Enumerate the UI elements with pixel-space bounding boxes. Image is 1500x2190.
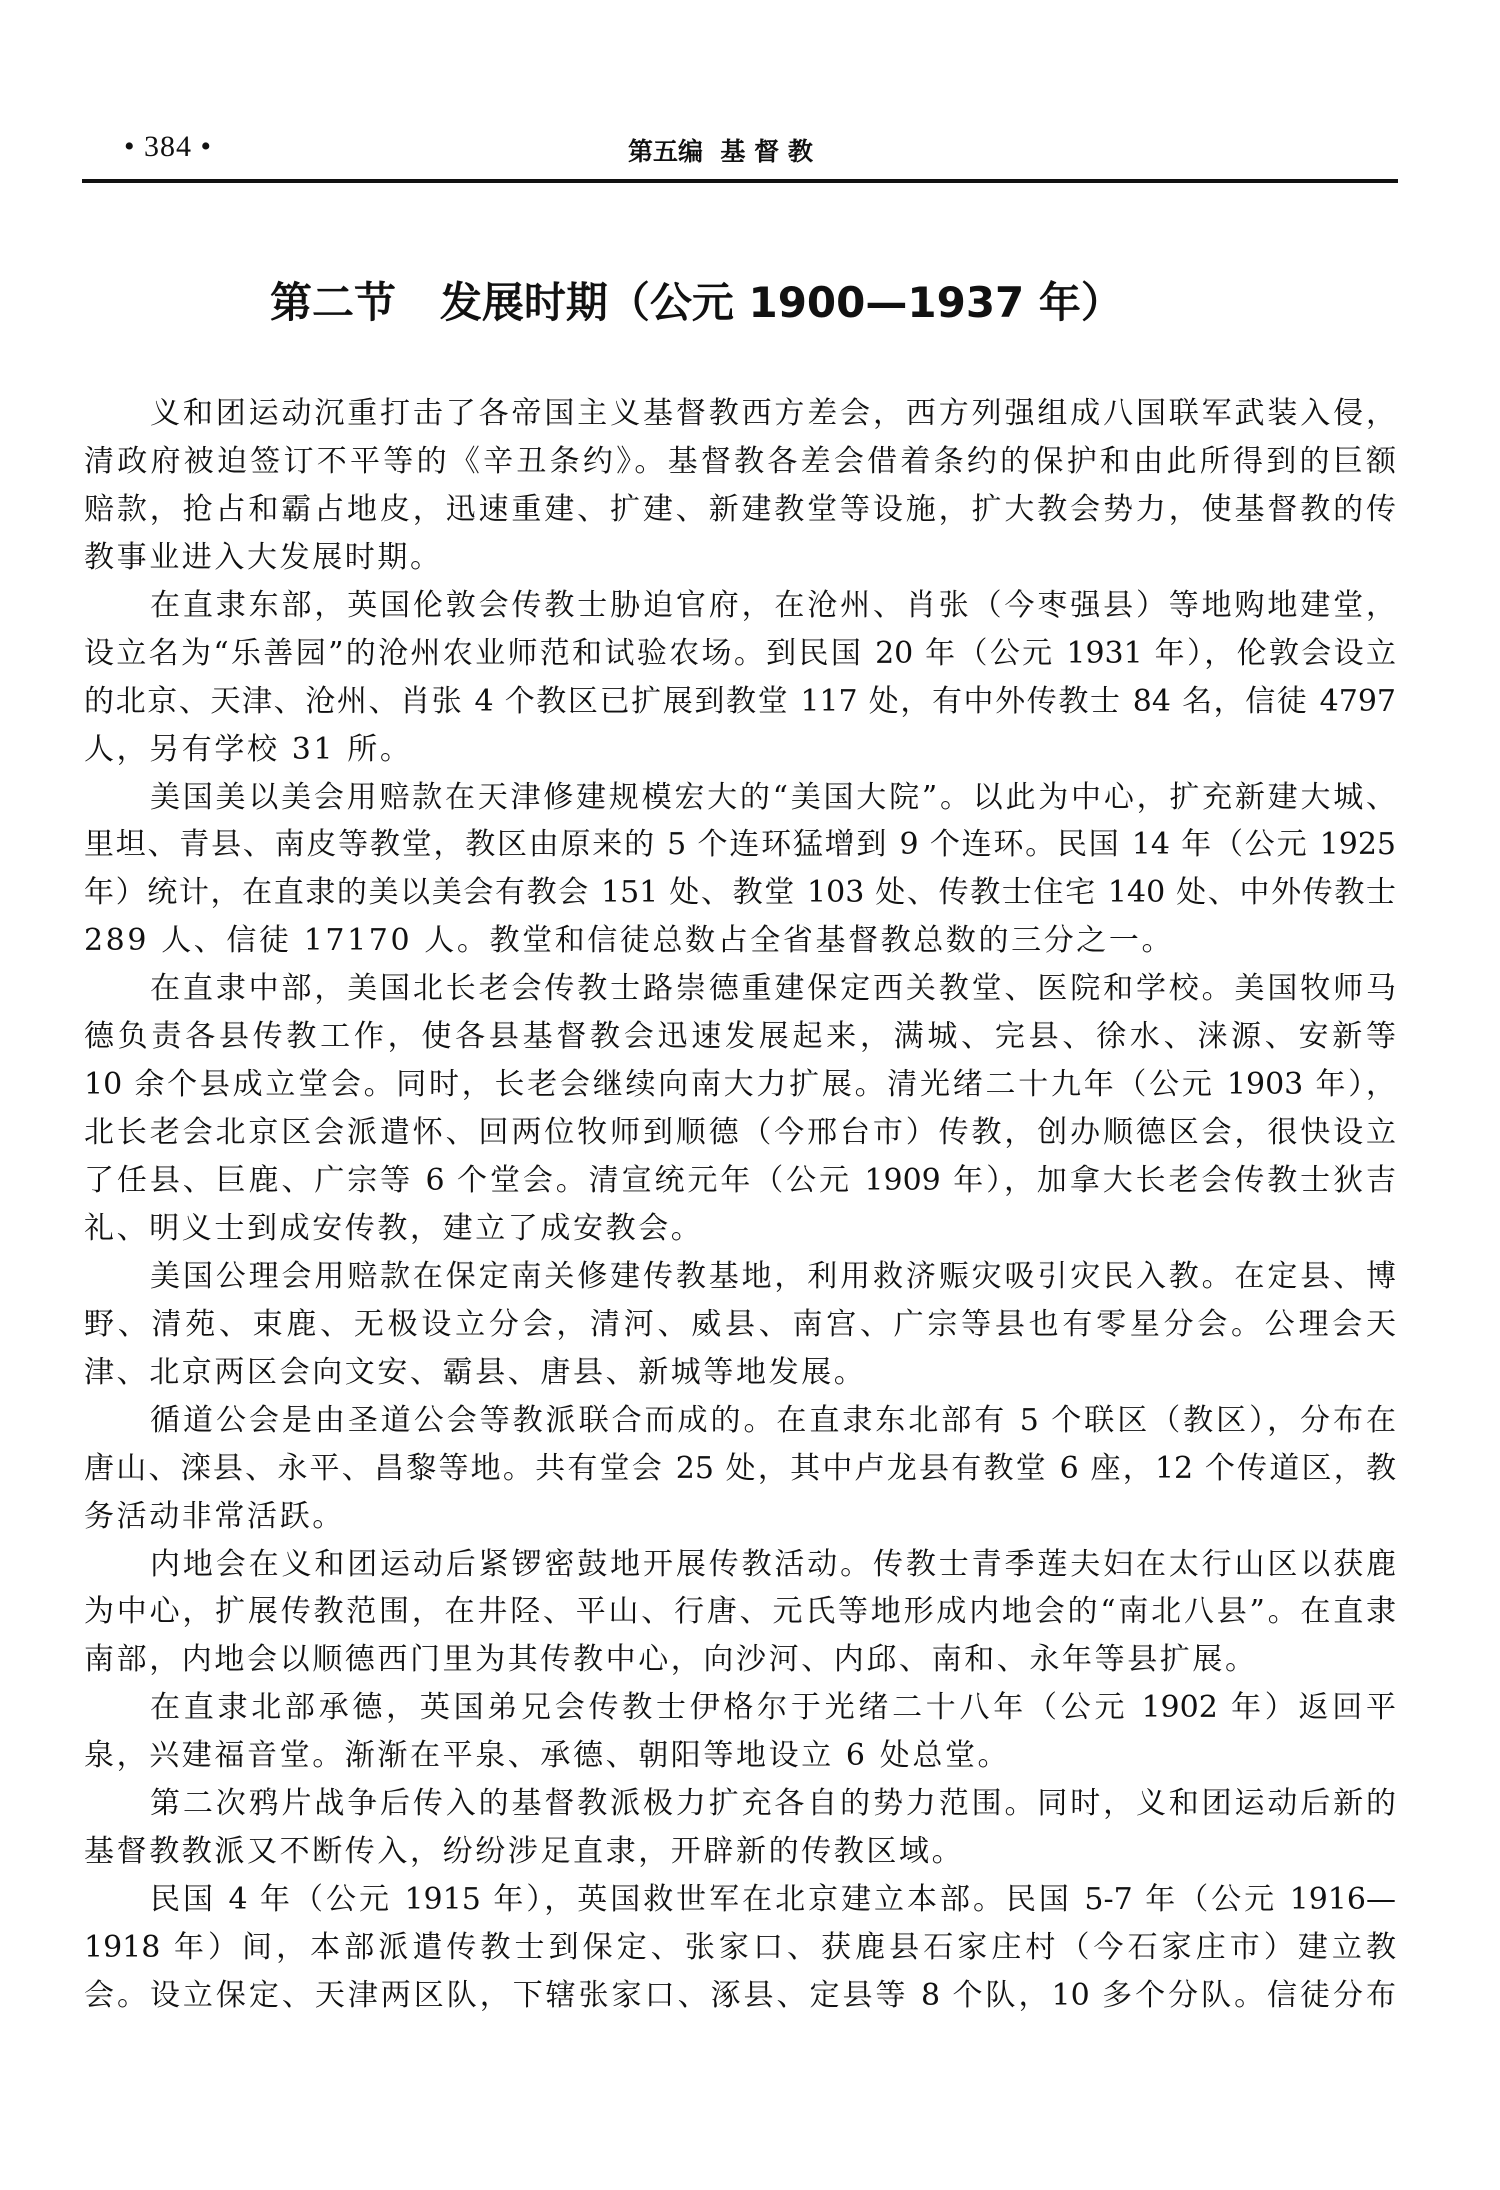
text-line: 赔款，抢占和霸占地皮，迅速重建、扩建、新建教堂等设施，扩大教会势力，使基督教的传 (84, 486, 1396, 534)
text-line: 循道公会是由圣道公会等教派联合而成的。在直隶东北部有 5 个联区（教区），分布在 (84, 1397, 1396, 1445)
text-line: 在直隶中部，美国北长老会传教士路崇德重建保定西关教堂、医院和学校。美国牧师马 (84, 965, 1396, 1013)
text-line: 设立名为“乐善园”的沧州农业师范和试验农场。到民国 20 年（公元 1931 年… (84, 630, 1396, 678)
section-title: 第二节 发展时期（公元 1900—1937 年） (270, 270, 1170, 330)
text-line: 里坦、青县、南皮等教堂，教区由原来的 5 个连环猛增到 9 个连环。民国 14 … (84, 821, 1396, 869)
text-line: 在直隶东部，英国伦敦会传教士胁迫官府，在沧州、肖张（今枣强县）等地购地建堂， (84, 582, 1396, 630)
text-line: 的北京、天津、沧州、肖张 4 个教区已扩展到教堂 117 处，有中外传教士 84… (84, 678, 1396, 726)
paragraph: 在直隶东部，英国伦敦会传教士胁迫官府，在沧州、肖张（今枣强县）等地购地建堂， 设… (84, 582, 1396, 774)
paragraph: 在直隶中部，美国北长老会传教士路崇德重建保定西关教堂、医院和学校。美国牧师马 德… (84, 965, 1396, 1253)
text-line: 民国 4 年（公元 1915 年），英国救世军在北京建立本部。民国 5-7 年（… (84, 1876, 1396, 1924)
text-line: 会。设立保定、天津两区队，下辖张家口、涿县、定县等 8 个队，10 多个分队。信… (84, 1972, 1396, 2020)
text-line: 人，另有学校 31 所。 (84, 726, 1396, 774)
running-header: • 384 • 第五编 基 督 教 (80, 128, 1398, 168)
page-number: • 384 • (124, 130, 212, 164)
body-text: 义和团运动沉重打击了各帝国主义基督教西方差会，西方列强组成八国联军武装入侵， 清… (84, 390, 1396, 2020)
text-line: 基督教教派又不断传入，纷纷涉足直隶，开辟新的传教区域。 (84, 1828, 1396, 1876)
text-line: 唐山、滦县、永平、昌黎等地。共有堂会 25 处，其中卢龙县有教堂 6 座，12 … (84, 1445, 1396, 1493)
paragraph: 第二次鸦片战争后传入的基督教派极力扩充各自的势力范围。同时，义和团运动后新的 基… (84, 1780, 1396, 1876)
text-line: 内地会在义和团运动后紧锣密鼓地开展传教活动。传教士青季莲夫妇在太行山区以获鹿 (84, 1541, 1396, 1589)
text-line: 了任县、巨鹿、广宗等 6 个堂会。清宣统元年（公元 1909 年），加拿大长老会… (84, 1157, 1396, 1205)
text-line: 教事业进入大发展时期。 (84, 534, 1396, 582)
paragraph: 义和团运动沉重打击了各帝国主义基督教西方差会，西方列强组成八国联军武装入侵， 清… (84, 390, 1396, 582)
paragraph: 民国 4 年（公元 1915 年），英国救世军在北京建立本部。民国 5-7 年（… (84, 1876, 1396, 2020)
text-line: 美国美以美会用赔款在天津修建规模宏大的“美国大院”。以此为中心，扩充新建大城、 (84, 774, 1396, 822)
header-rule (82, 179, 1398, 183)
text-line: 清政府被迫签订不平等的《辛丑条约》。基督教各差会借着条约的保护和由此所得到的巨额 (84, 438, 1396, 486)
text-line: 德负责各县传教工作，使各县基督教会迅速发展起来，满城、完县、徐水、涞源、安新等 (84, 1013, 1396, 1061)
text-line: 为中心，扩展传教范围，在井陉、平山、行唐、元氏等地形成内地会的“南北八县”。在直… (84, 1588, 1396, 1636)
text-line: 南部，内地会以顺德西门里为其传教中心，向沙河、内邱、南和、永年等县扩展。 (84, 1636, 1396, 1684)
text-line: 在直隶北部承德，英国弟兄会传教士伊格尔于光绪二十八年（公元 1902 年）返回平 (84, 1684, 1396, 1732)
paragraph: 在直隶北部承德，英国弟兄会传教士伊格尔于光绪二十八年（公元 1902 年）返回平… (84, 1684, 1396, 1780)
text-line: 务活动非常活跃。 (84, 1493, 1396, 1541)
paragraph: 美国美以美会用赔款在天津修建规模宏大的“美国大院”。以此为中心，扩充新建大城、 … (84, 774, 1396, 966)
text-line: 10 余个县成立堂会。同时，长老会继续向南大力扩展。清光绪二十九年（公元 190… (84, 1061, 1396, 1109)
text-line: 义和团运动沉重打击了各帝国主义基督教西方差会，西方列强组成八国联军武装入侵， (84, 390, 1396, 438)
text-line: 北长老会北京区会派遣怀、回两位牧师到顺德（今邢台市）传教，创办顺德区会，很快设立 (84, 1109, 1396, 1157)
part-title: 第五编 基 督 教 (628, 132, 813, 168)
text-line: 礼、明义士到成安传教，建立了成安教会。 (84, 1205, 1396, 1253)
text-line: 年）统计，在直隶的美以美会有教会 151 处、教堂 103 处、传教士住宅 14… (84, 869, 1396, 917)
text-line: 美国公理会用赔款在保定南关修建传教基地，利用救济赈灾吸引灾民入教。在定县、博 (84, 1253, 1396, 1301)
paragraph: 内地会在义和团运动后紧锣密鼓地开展传教活动。传教士青季莲夫妇在太行山区以获鹿 为… (84, 1541, 1396, 1685)
text-line: 289 人、信徒 17170 人。教堂和信徒总数占全省基督教总数的三分之一。 (84, 917, 1396, 965)
text-line: 泉，兴建福音堂。渐渐在平泉、承德、朝阳等地设立 6 处总堂。 (84, 1732, 1396, 1780)
paragraph: 美国公理会用赔款在保定南关修建传教基地，利用救济赈灾吸引灾民入教。在定县、博 野… (84, 1253, 1396, 1397)
paragraph: 循道公会是由圣道公会等教派联合而成的。在直隶东北部有 5 个联区（教区），分布在… (84, 1397, 1396, 1541)
text-line: 野、清苑、束鹿、无极设立分会，清河、威县、南宫、广宗等县也有零星分会。公理会天 (84, 1301, 1396, 1349)
text-line: 第二次鸦片战争后传入的基督教派极力扩充各自的势力范围。同时，义和团运动后新的 (84, 1780, 1396, 1828)
text-line: 1918 年）间，本部派遣传教士到保定、张家口、获鹿县石家庄村（今石家庄市）建立… (84, 1924, 1396, 1972)
text-line: 津、北京两区会向文安、霸县、唐县、新城等地发展。 (84, 1349, 1396, 1397)
